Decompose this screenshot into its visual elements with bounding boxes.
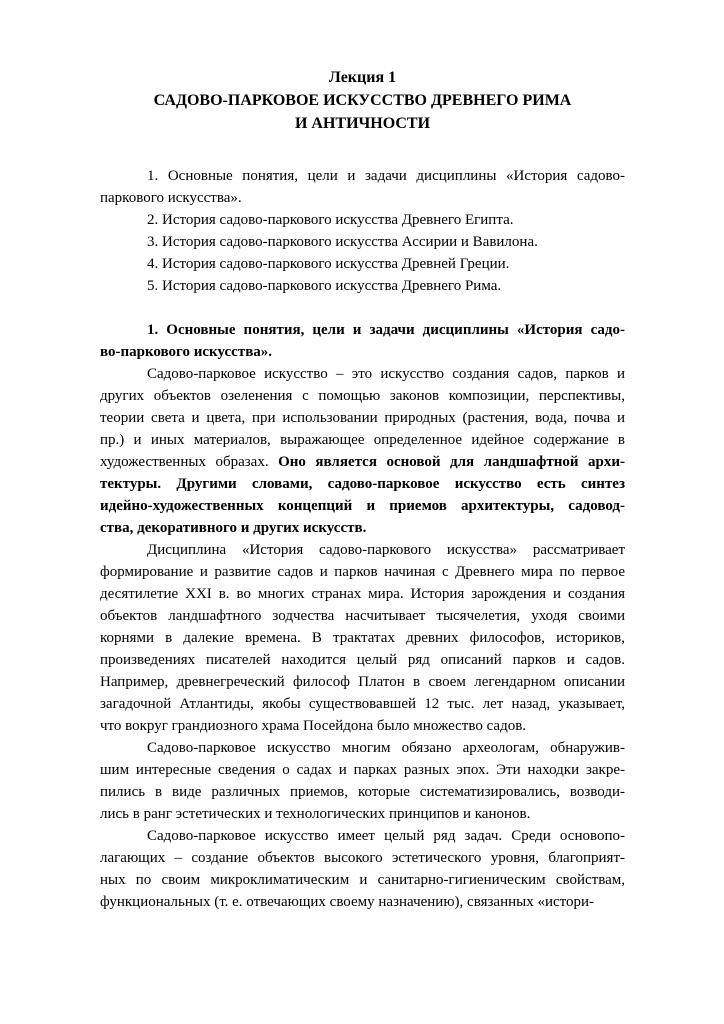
- text-line: ства, декоративного и других искусств.: [100, 517, 625, 539]
- text-segment: шим интересные сведения о садах и парках…: [100, 762, 625, 778]
- text-line: паркового искусства».: [100, 187, 625, 209]
- text-line: объектов ландшафтного зодчества насчитыв…: [100, 605, 625, 627]
- document-content: Лекция 1 САДОВО-ПАРКОВОЕ ИСКУССТВО ДРЕВН…: [0, 0, 724, 913]
- text-segment: Дисциплина «История садово-паркового иск…: [147, 542, 625, 558]
- list-item: 4. История садово-паркового искусства Др…: [100, 253, 625, 275]
- text-line: Например, древнегреческий философ Платон…: [100, 671, 625, 693]
- list-item: 2. История садово-паркового искусства Др…: [100, 209, 625, 231]
- text-segment: художественных образах.: [100, 454, 278, 470]
- text-line: лись в ранг эстетических и технологическ…: [100, 803, 625, 825]
- text-line: корнями в далекие времена. В трактатах д…: [100, 627, 625, 649]
- text-line: теории света и цвета, при использовании …: [100, 407, 625, 429]
- text-line: загадочной Атлантиды, якобы существовавш…: [100, 693, 625, 715]
- text-segment: теории света и цвета, при использовании …: [100, 410, 625, 426]
- text-line: художественных образах. Оно является осн…: [100, 451, 625, 473]
- bold-text-segment: 1. Основные понятия, цели и задачи дисци…: [147, 322, 625, 338]
- text-line: во-паркового искусства».: [100, 341, 625, 363]
- bold-text-segment: ства, декоративного и других искусств.: [100, 520, 366, 536]
- text-line: пр.) и иных материалов, выражающее опред…: [100, 429, 625, 451]
- text-line: 3. История садово-паркового искусства Ас…: [100, 231, 625, 253]
- text-segment: лагающих – создание объектов высокого эс…: [100, 850, 625, 866]
- text-line: Садово-парковое искусство имеет целый ря…: [100, 825, 625, 847]
- list-item: 3. История садово-паркового искусства Ас…: [100, 231, 625, 253]
- paragraph: Дисциплина «История садово-паркового иск…: [100, 539, 625, 737]
- text-segment: 5. История садово-паркового искусства Др…: [147, 278, 501, 294]
- text-line: функциональных (т. е. отвечающих своему …: [100, 891, 625, 913]
- text-line: 5. История садово-паркового искусства Др…: [100, 275, 625, 297]
- list-item: 1. Основные понятия, цели и задачи дисци…: [100, 165, 625, 209]
- text-line: 1. Основные понятия, цели и задачи дисци…: [100, 319, 625, 341]
- bold-text-segment: тектуры. Другими словами, садово-парково…: [100, 476, 625, 492]
- text-line: тектуры. Другими словами, садово-парково…: [100, 473, 625, 495]
- text-segment: Например, древнегреческий философ Платон…: [100, 674, 625, 690]
- title-line-lecture: Лекция 1: [100, 66, 625, 89]
- bold-text-segment: во-паркового искусства».: [100, 344, 272, 360]
- text-line: формирование и развитие садов и парков н…: [100, 561, 625, 583]
- text-line: 1. Основные понятия, цели и задачи дисци…: [100, 165, 625, 187]
- paragraph: Садово-парковое искусство многим обязано…: [100, 737, 625, 825]
- text-segment: 3. История садово-паркового искусства Ас…: [147, 234, 538, 250]
- text-segment: корнями в далекие времена. В трактатах д…: [100, 630, 625, 646]
- text-line: произведениях писателей находится целый …: [100, 649, 625, 671]
- text-segment: формирование и развитие садов и парков н…: [100, 564, 625, 580]
- text-segment: загадочной Атлантиды, якобы существовавш…: [100, 696, 625, 712]
- text-segment: десятилетие XXI в. во многих странах мир…: [100, 586, 625, 602]
- list-item: 5. История садово-паркового искусства Др…: [100, 275, 625, 297]
- text-segment: Садово-парковое искусство – это искусств…: [147, 366, 625, 382]
- text-segment: пр.) и иных материалов, выражающее опред…: [100, 432, 625, 448]
- text-line: десятилетие XXI в. во многих странах мир…: [100, 583, 625, 605]
- text-segment: Садово-парковое искусство многим обязано…: [147, 740, 625, 756]
- text-segment: Садово-парковое искусство имеет целый ря…: [147, 828, 625, 844]
- text-segment: что вокруг грандиозного храма Посейдона …: [100, 718, 526, 734]
- text-line: идейно-художественных концепций и приемо…: [100, 495, 625, 517]
- text-line: других объектов озеленения с помощью зак…: [100, 385, 625, 407]
- text-line: 4. История садово-паркового искусства Др…: [100, 253, 625, 275]
- text-segment: произведениях писателей находится целый …: [100, 652, 625, 668]
- text-segment: 2. История садово-паркового искусства Др…: [147, 212, 513, 228]
- document-body: 1. Основные понятия, цели и задачи дисци…: [100, 165, 625, 913]
- text-segment: других объектов озеленения с помощью зак…: [100, 388, 625, 404]
- text-segment: паркового искусства».: [100, 190, 242, 206]
- bold-text-segment: Оно является основой для ландшафтной арх…: [278, 454, 625, 470]
- document-page: Лекция 1 САДОВО-ПАРКОВОЕ ИСКУССТВО ДРЕВН…: [0, 0, 724, 1024]
- text-line: Садово-парковое искусство – это искусств…: [100, 363, 625, 385]
- section-heading: 1. Основные понятия, цели и задачи дисци…: [100, 319, 625, 363]
- bold-text-segment: идейно-художественных концепций и приемо…: [100, 498, 625, 514]
- text-line: ных по своим микроклиматическим и санита…: [100, 869, 625, 891]
- text-segment: функциональных (т. е. отвечающих своему …: [100, 894, 594, 910]
- text-line: Садово-парковое искусство многим обязано…: [100, 737, 625, 759]
- text-line: что вокруг грандиозного храма Посейдона …: [100, 715, 625, 737]
- title-line-sub: И АНТИЧНОСТИ: [100, 112, 625, 135]
- text-segment: лись в ранг эстетических и технологическ…: [100, 806, 530, 822]
- text-line: Дисциплина «История садово-паркового иск…: [100, 539, 625, 561]
- text-segment: ных по своим микроклиматическим и санита…: [100, 872, 625, 888]
- text-line: 2. История садово-паркового искусства Др…: [100, 209, 625, 231]
- document-title: Лекция 1 САДОВО-ПАРКОВОЕ ИСКУССТВО ДРЕВН…: [100, 66, 625, 135]
- paragraph: Садово-парковое искусство имеет целый ря…: [100, 825, 625, 913]
- text-segment: 1. Основные понятия, цели и задачи дисци…: [147, 168, 625, 184]
- text-line: лагающих – создание объектов высокого эс…: [100, 847, 625, 869]
- text-line: шим интересные сведения о садах и парках…: [100, 759, 625, 781]
- text-segment: 4. История садово-паркового искусства Др…: [147, 256, 509, 272]
- title-line-main: САДОВО-ПАРКОВОЕ ИСКУССТВО ДРЕВНЕГО РИМА: [100, 89, 625, 112]
- text-line: пились в виде различных приемов, которые…: [100, 781, 625, 803]
- text-segment: объектов ландшафтного зодчества насчитыв…: [100, 608, 625, 624]
- text-segment: пились в виде различных приемов, которые…: [100, 784, 625, 800]
- paragraph: Садово-парковое искусство – это искусств…: [100, 363, 625, 539]
